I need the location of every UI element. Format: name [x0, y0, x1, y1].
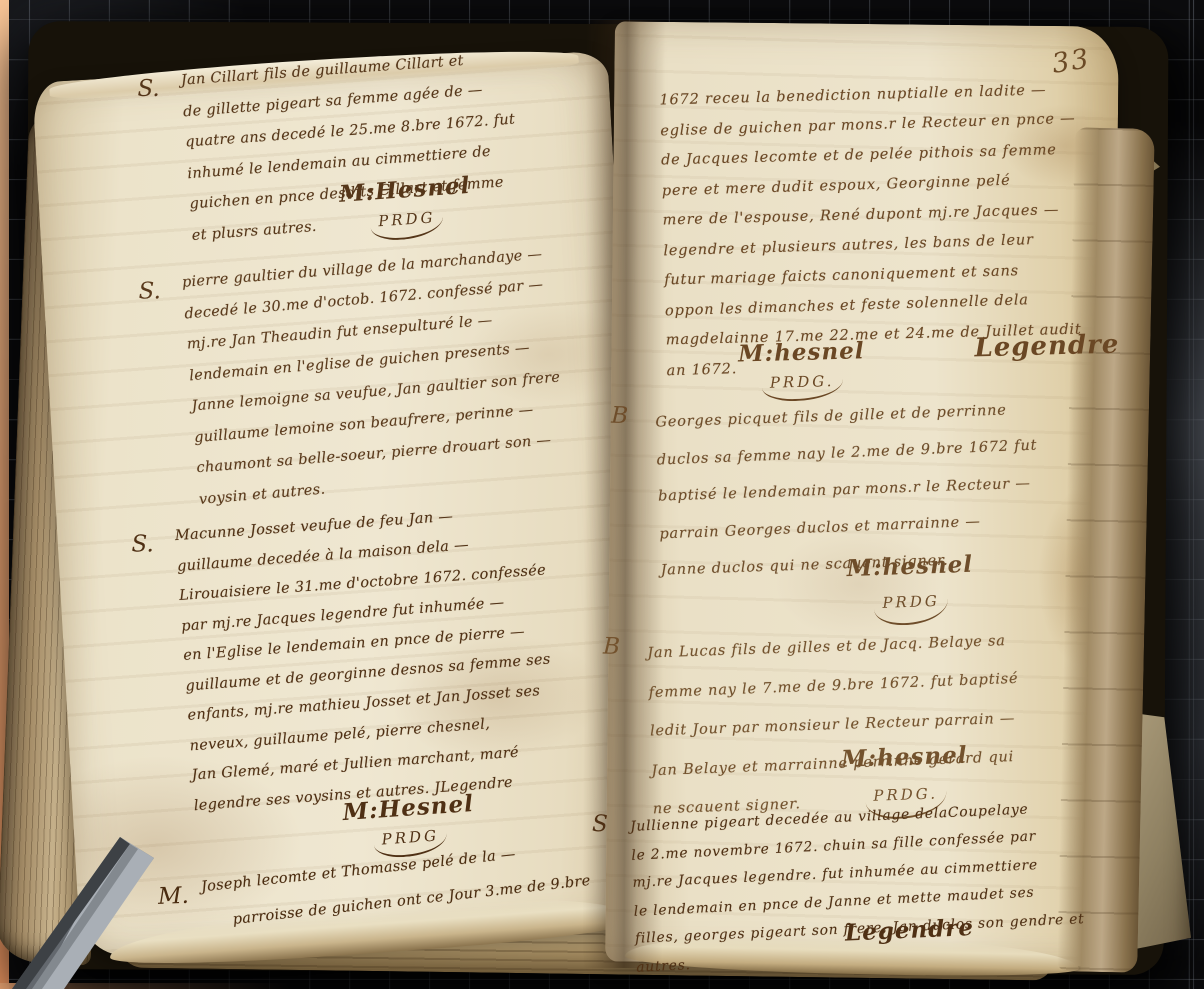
- manuscript-line: le 2.me novembre 1672. chuin sa fille co…: [631, 820, 1082, 870]
- register-entry: B Georges picquet fils de gille et de pe…: [655, 391, 1042, 589]
- manuscript-line: Janne duclos qui ne scauent signer.: [660, 539, 1042, 589]
- signature-name: M:hesnel: [738, 336, 865, 369]
- manuscript-line: Jan Glemé, maré et Jullien marchant, mar…: [191, 735, 560, 791]
- signatures: Legendre: [844, 914, 974, 948]
- margin-letter: S.: [137, 74, 159, 105]
- register-entry: M. Joseph lecomte et Thomasse pelé de la…: [199, 830, 592, 940]
- manuscript-line: 1672 receu la benediction nuptialle en l…: [659, 75, 1075, 116]
- left-page-entries: S. Jan Cillart fils de guillaume Cillart…: [0, 0, 1204, 989]
- signature: Legendre: [844, 914, 974, 948]
- entry-lines: 1672 receu la benediction nuptialle en l…: [659, 75, 1083, 386]
- manuscript-line: pierre gaultier du village de la marchan…: [181, 239, 552, 299]
- register-entry: S. Jan Cillart fils de guillaume Cillart…: [180, 43, 523, 252]
- signature-title: PRDG: [874, 583, 949, 627]
- manuscript-line: Georges picquet fils de gille et de perr…: [655, 391, 1037, 441]
- manuscript-line: quatre ans decedé le 25.me 8.bre 1672. f…: [184, 105, 516, 159]
- manuscript-line: Jan Belaye et marrainne perrinne gerard …: [651, 738, 1022, 791]
- manuscript-line: pere et mere dudit espoux, Georginne pel…: [661, 164, 1078, 207]
- manuscript-line: femme nay le 7.me de 9.bre 1672. fut bap…: [648, 660, 1019, 713]
- manuscript-line: ne scauent signer.: [652, 778, 1023, 830]
- manuscript-line: Jan Lucas fils de gilles et de Jacq. Bel…: [647, 622, 1018, 674]
- manuscript-line: de Jacques lecomte et de pelée pithois s…: [661, 135, 1077, 176]
- register-entry: S. Macunne Josset veufue de feu Jan —gui…: [174, 496, 562, 821]
- entry-lines: Jan Cillart fils de guillaume Cillart et…: [180, 43, 523, 252]
- signature-title: PRDG.: [865, 774, 947, 820]
- signature: M:hesnel PRDG.: [738, 336, 866, 402]
- manuscript-line: Janne lemoigne sa veufue, Jan gaultier s…: [191, 363, 562, 423]
- manuscript-text-layer: 33 S. Jan Cillart fils de guillaume Cill…: [0, 0, 1204, 989]
- manuscript-line: Macunne Josset veufue de feu Jan —: [174, 496, 543, 552]
- signature: M:Hesnel PRDG: [342, 789, 477, 861]
- manuscript-line: guillaume et de georginne desnos sa femm…: [184, 644, 553, 701]
- signature: M:hesnel PRDG.: [841, 735, 970, 820]
- manuscript-line: le lendemain en pnce de Janne et mette m…: [633, 876, 1084, 926]
- manuscript-line: legendre ses voysins et autres. JLegendr…: [193, 764, 562, 821]
- manuscript-line: lendemain en l'eglise de guichen present…: [188, 331, 559, 392]
- signature: M:Hesnel PRDG: [338, 170, 474, 244]
- manuscript-line: voysin et autres.: [198, 454, 569, 515]
- signature-title: PRDG.: [761, 366, 843, 402]
- manuscript-photo-scene: 33 S. Jan Cillart fils de guillaume Cill…: [0, 0, 1204, 989]
- signature-name: M:Hesnel: [342, 789, 475, 828]
- entry-lines: Joseph lecomte et Thomasse pelé de la —p…: [199, 830, 592, 940]
- signature: M:hesnel PRDG: [846, 546, 975, 627]
- signatures: M:hesnel PRDG.: [841, 735, 970, 820]
- manuscript-line: duclos sa femme nay le 2.me de 9.bre 167…: [656, 428, 1038, 480]
- manuscript-line: et plusrs autres.: [191, 197, 523, 252]
- manuscript-line: neveux, guillaume pelé, pierre chesnel,: [189, 704, 558, 761]
- register-entry: B Jan Lucas fils de gilles et de Jacq. B…: [647, 622, 1023, 830]
- register-entry: 1672 receu la benediction nuptialle en l…: [659, 75, 1083, 386]
- manuscript-line: ledit Jour par monsieur le Recteur parra…: [649, 700, 1020, 752]
- metal-clip: [2, 834, 166, 989]
- manuscript-line: chaumont sa belle-soeur, pierre drouart …: [195, 424, 566, 484]
- margin-letter: B: [611, 398, 629, 436]
- entry-lines: Macunne Josset veufue de feu Jan —guilla…: [174, 496, 562, 821]
- signature-name: M:hesnel: [846, 546, 974, 587]
- manuscript-line: oppon les dimanches et feste solennelle …: [665, 284, 1082, 327]
- manuscript-line: enfants, mj.re mathieu Josset et Jan Jos…: [187, 675, 556, 731]
- manuscript-line: guichen en pnce desdits Cillart et femme: [189, 166, 521, 220]
- margin-letter: S.: [132, 529, 154, 559]
- register-entry: S. pierre gaultier du village de la marc…: [181, 239, 569, 515]
- manuscript-line: Jullienne pigeart decedée au village del…: [630, 793, 1081, 841]
- margin-letter: S.: [138, 276, 161, 307]
- manuscript-line: guillaume decedée à la maison dela —: [176, 525, 545, 582]
- signature: Legendre: [974, 330, 1120, 364]
- register-entry: S Jullienne pigeart decedée au village d…: [630, 793, 1087, 980]
- manuscript-line: guillaume lemoine son beaufrere, perinne…: [193, 393, 564, 454]
- page-number: 33: [1050, 43, 1093, 80]
- signatures: M:hesnel PRDG: [846, 546, 975, 627]
- signature-title: PRDG: [369, 202, 445, 242]
- signature-name: Legendre: [844, 914, 974, 948]
- manuscript-line: parrain Georges duclos et marrainne —: [659, 502, 1041, 554]
- manuscript-line: parroisse de guichen ont ce Jour 3.me de…: [231, 864, 593, 938]
- manuscript-line: Lirouaisiere le 31.me d'octobre 1672. co…: [178, 555, 547, 611]
- margin-letter: S: [592, 810, 608, 838]
- manuscript-line: autres.: [636, 932, 1087, 982]
- manuscript-line: de gillette pigeart sa femme agée de —: [182, 73, 514, 128]
- manuscript-line: magdelainne 17.me 22.me et 24.me de Juil…: [665, 315, 1081, 356]
- signature-name: M:hesnel: [841, 735, 969, 778]
- entry-lines: Georges picquet fils de gille et de perr…: [655, 391, 1042, 589]
- signatures: M:hesnel PRDG. Legendre: [738, 330, 1121, 403]
- manuscript-line: an 1672.: [666, 344, 1083, 387]
- right-page-entries: 1672 receu la benediction nuptialle en l…: [0, 0, 1204, 989]
- manuscript-line: mj.re Jacques legendre. fut inhumée au c…: [632, 849, 1083, 897]
- manuscript-line: en l'Eglise le lendemain en pnce de pier…: [182, 615, 551, 671]
- signature-title: PRDG: [373, 820, 449, 859]
- manuscript-line: baptisé le lendemain par mons.r le Recte…: [657, 465, 1039, 515]
- manuscript-line: Joseph lecomte et Thomasse pelé de la —: [199, 830, 588, 905]
- signatures: M:Hesnel PRDG: [338, 170, 474, 244]
- signature-name: M:Hesnel: [338, 170, 471, 210]
- entry-lines: Jullienne pigeart decedée au village del…: [630, 793, 1087, 980]
- manuscript-line: eglise de guichen par mons.r le Recteur …: [660, 104, 1077, 147]
- margin-letter: B: [602, 627, 620, 667]
- manuscript-line: inhumé le lendemain au cimmettiere de: [186, 135, 518, 190]
- manuscript-line: futur mariage faicts canoniquement et sa…: [664, 255, 1080, 296]
- signature-name: Legendre: [974, 330, 1120, 364]
- signatures: M:Hesnel PRDG: [342, 789, 477, 861]
- entry-lines: pierre gaultier du village de la marchan…: [181, 239, 569, 515]
- manuscript-line: Jan Cillart fils de guillaume Cillart et: [180, 43, 512, 97]
- manuscript-line: filles, georges pigeart son frere, Jan d…: [634, 905, 1085, 953]
- manuscript-line: par mj.re Jacques legendre fut inhumée —: [180, 585, 549, 642]
- manuscript-line: mere de l'espouse, René dupont mj.re Jac…: [662, 195, 1078, 236]
- manuscript-line: legendre et plusieurs autres, les bans d…: [663, 224, 1080, 267]
- entry-lines: Jan Lucas fils de gilles et de Jacq. Bel…: [647, 622, 1023, 830]
- manuscript-line: mj.re Jan Theaudin fut ensepulturé le —: [186, 301, 557, 361]
- manuscript-line: decedé le 30.me d'octob. 1672. confessé …: [183, 269, 554, 330]
